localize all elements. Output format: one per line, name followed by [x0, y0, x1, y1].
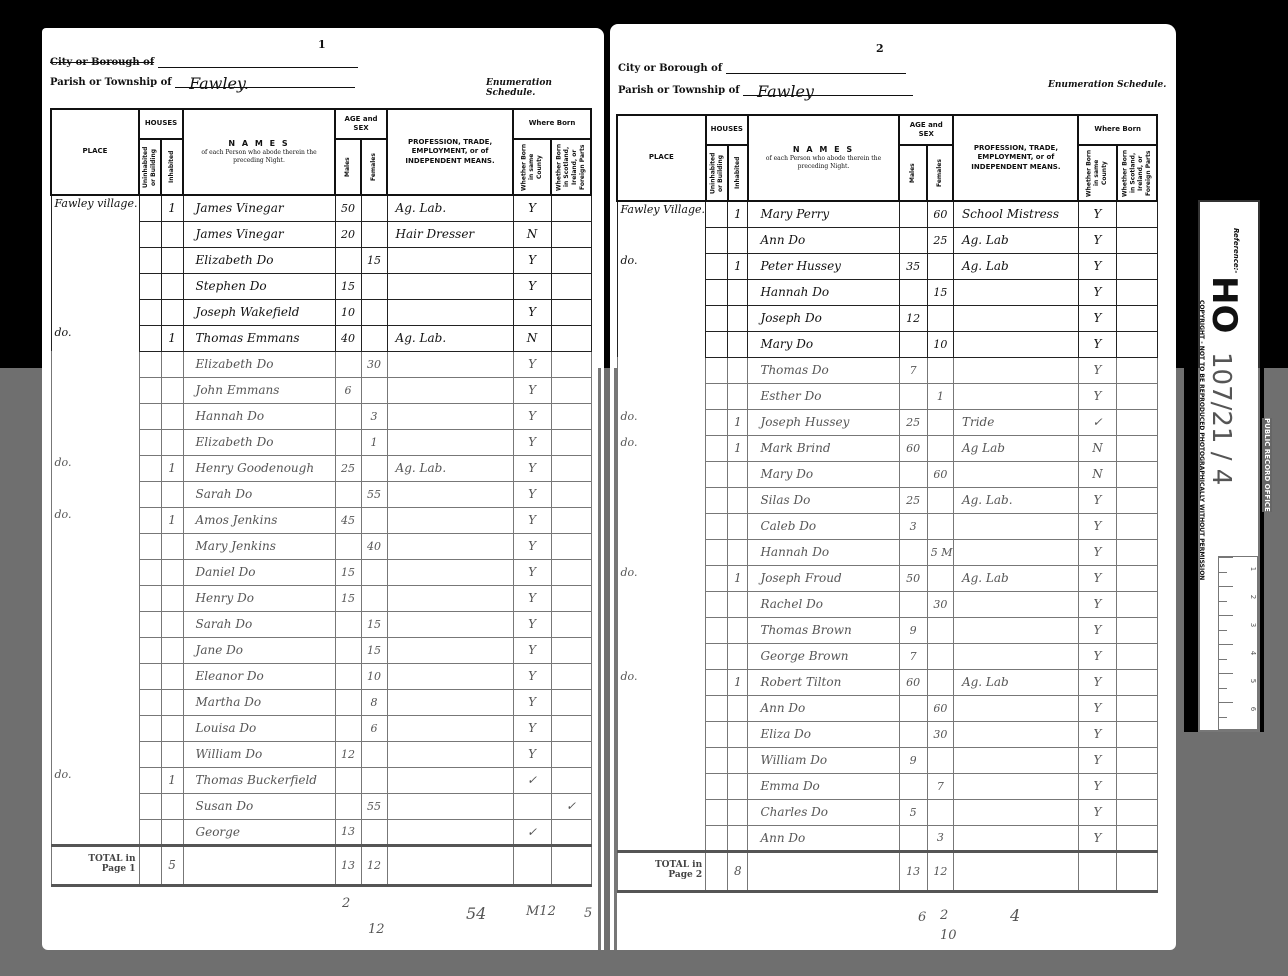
born-same-county-cell: Y: [1078, 253, 1116, 279]
parish-label: Parish or Township of: [618, 85, 740, 96]
male-age-cell: [899, 201, 927, 227]
census-row: do.1Joseph Froud50Ag. LabY: [617, 565, 1157, 591]
inhabited-cell: [161, 403, 183, 429]
born-same-county-cell: N: [513, 221, 551, 247]
place-cell: [617, 799, 706, 825]
col-male: Males: [899, 145, 927, 201]
parish-value: Fawley.: [175, 74, 355, 88]
place-cell: [51, 481, 139, 507]
census-row: George Brown7Y: [617, 643, 1157, 669]
col-uninhabited: Uninhabited or Building: [706, 145, 728, 201]
margin-note: 4: [1010, 906, 1020, 925]
born-elsewhere-cell: [551, 221, 591, 247]
profession-cell: [953, 305, 1078, 331]
female-age-cell: 40: [361, 533, 387, 559]
city-borough-value: [158, 54, 358, 68]
reference-code: HO: [1204, 276, 1244, 333]
name-cell: John Emmans: [183, 377, 335, 403]
place-cell: [51, 403, 139, 429]
col-born-same-county: Whether Born in same County: [1078, 145, 1116, 201]
uninhabited-cell: [706, 201, 728, 227]
col-profession: PROFESSION, TRADE, EMPLOYMENT, or of IND…: [953, 115, 1078, 201]
uninhabited-cell: [139, 455, 161, 481]
born-elsewhere-cell: [551, 767, 591, 793]
census-row: Caleb Do3Y: [617, 513, 1157, 539]
col-male: Males: [335, 139, 361, 195]
census-row: Susan Do55✓: [51, 793, 591, 819]
inhabited-cell: [728, 487, 748, 513]
born-same-county-cell: Y: [1078, 383, 1116, 409]
col-female: Females: [361, 139, 387, 195]
inhabited-cell: [161, 793, 183, 819]
male-age-cell: [899, 591, 927, 617]
ruler-tick: [1219, 659, 1227, 660]
born-elsewhere-cell: [551, 299, 591, 325]
parish-line: Parish or Township of Fawley: [618, 82, 913, 96]
inhabited-cell: 1: [728, 435, 748, 461]
name-cell: Sarah Do: [183, 611, 335, 637]
place-cell: [51, 221, 139, 247]
born-elsewhere-cell: [1117, 643, 1157, 669]
place-cell: [617, 591, 706, 617]
copyright-notice: COPYRIGHT - NOT TO BE REPRODUCED PHOTOGR…: [1198, 300, 1205, 580]
uninhabited-cell: [139, 351, 161, 377]
inhabited-cell: [161, 715, 183, 741]
inhabited-cell: [161, 299, 183, 325]
profession-cell: [953, 799, 1078, 825]
total-uninhabited: [139, 845, 161, 885]
name-cell: Henry Do: [183, 585, 335, 611]
uninhabited-cell: [706, 539, 728, 565]
born-elsewhere-cell: ✓: [551, 793, 591, 819]
place-cell: [617, 747, 706, 773]
place-cell: [51, 533, 139, 559]
name-cell: Sarah Do: [183, 481, 335, 507]
inhabited-cell: [161, 429, 183, 455]
census-row: Martha Do8Y: [51, 689, 591, 715]
born-elsewhere-cell: [551, 325, 591, 351]
place-cell: [51, 273, 139, 299]
total-names: [183, 845, 335, 885]
inhabited-cell: [161, 377, 183, 403]
female-age-cell: 30: [361, 351, 387, 377]
inhabited-cell: 1: [161, 325, 183, 351]
male-age-cell: 5: [899, 799, 927, 825]
profession-cell: [387, 507, 513, 533]
born-same-county-cell: Y: [513, 247, 551, 273]
inhabited-cell: [161, 351, 183, 377]
inhabited-cell: [161, 819, 183, 845]
place-cell: [51, 741, 139, 767]
inhabited-cell: 1: [161, 195, 183, 221]
place-cell: do.: [617, 669, 706, 695]
uninhabited-cell: [139, 819, 161, 845]
born-same-county-cell: Y: [1078, 669, 1116, 695]
born-elsewhere-cell: [1117, 305, 1157, 331]
census-row: Hannah Do5 Mo.Y: [617, 539, 1157, 565]
born-elsewhere-cell: [1117, 695, 1157, 721]
inhabited-cell: [728, 461, 748, 487]
inhabited-cell: [728, 227, 748, 253]
place-cell: do.: [617, 409, 706, 435]
female-age-cell: [361, 299, 387, 325]
col-uninhabited: Uninhabited or Building: [139, 139, 161, 195]
born-elsewhere-cell: [551, 195, 591, 221]
name-cell: Robert Tilton: [748, 669, 899, 695]
page-gutter-line: [598, 368, 601, 950]
born-same-county-cell: Y: [513, 403, 551, 429]
uninhabited-cell: [706, 487, 728, 513]
male-age-cell: [335, 611, 361, 637]
total-males: 13: [335, 845, 361, 885]
ruler-tick: [1219, 586, 1233, 587]
born-elsewhere-cell: [1117, 773, 1157, 799]
female-age-cell: [361, 767, 387, 793]
profession-cell: [953, 357, 1078, 383]
female-age-cell: [361, 195, 387, 221]
inhabited-cell: [728, 591, 748, 617]
page-gutter-line: [614, 368, 617, 950]
name-cell: William Do: [748, 747, 899, 773]
name-cell: Rachel Do: [748, 591, 899, 617]
place-cell: [51, 247, 139, 273]
male-age-cell: 45: [335, 507, 361, 533]
census-row: do.1Thomas Buckerfield✓: [51, 767, 591, 793]
born-same-county-cell: Y: [1078, 799, 1116, 825]
male-age-cell: [335, 767, 361, 793]
inhabited-cell: 1: [161, 767, 183, 793]
name-cell: Caleb Do: [748, 513, 899, 539]
page-number: 1: [318, 38, 326, 51]
profession-cell: [387, 715, 513, 741]
profession-cell: [387, 299, 513, 325]
born-same-county-cell: Y: [1078, 825, 1116, 851]
place-cell: [51, 689, 139, 715]
name-cell: Ann Do: [748, 227, 899, 253]
female-age-cell: 30: [927, 721, 953, 747]
census-row: Henry Do15Y: [51, 585, 591, 611]
born-elsewhere-cell: [1117, 227, 1157, 253]
name-cell: Mary Do: [748, 331, 899, 357]
female-age-cell: [927, 487, 953, 513]
uninhabited-cell: [706, 253, 728, 279]
inhabited-cell: [728, 617, 748, 643]
name-cell: Elizabeth Do: [183, 429, 335, 455]
female-age-cell: [927, 435, 953, 461]
born-same-county-cell: Y: [1078, 539, 1116, 565]
census-row: Thomas Brown9Y: [617, 617, 1157, 643]
name-cell: James Vinegar: [183, 221, 335, 247]
name-cell: Hannah Do: [748, 539, 899, 565]
margin-note: 10: [940, 928, 957, 943]
born-elsewhere-cell: [1117, 565, 1157, 591]
ruler-tick: [1219, 717, 1227, 718]
uninhabited-cell: [139, 611, 161, 637]
census-row: Elizabeth Do15Y: [51, 247, 591, 273]
uninhabited-cell: [139, 481, 161, 507]
male-age-cell: [335, 793, 361, 819]
city-borough-label: City or Borough of: [50, 57, 154, 68]
uninhabited-cell: [706, 331, 728, 357]
born-same-county-cell: Y: [1078, 227, 1116, 253]
census-row: Fawley village. North.1James Vinegar50Ag…: [51, 195, 591, 221]
female-age-cell: 10: [361, 663, 387, 689]
profession-cell: [953, 591, 1078, 617]
born-elsewhere-cell: [1117, 747, 1157, 773]
place-cell: do.: [617, 253, 706, 279]
census-row: do.1Robert Tilton60Ag. LabY: [617, 669, 1157, 695]
inhabited-cell: [728, 721, 748, 747]
male-age-cell: [899, 539, 927, 565]
male-age-cell: 10: [335, 299, 361, 325]
uninhabited-cell: [139, 195, 161, 221]
place-cell: [617, 461, 706, 487]
ruler-tick: [1219, 673, 1233, 674]
male-age-cell: 60: [899, 669, 927, 695]
uninhabited-cell: [706, 591, 728, 617]
name-cell: Esther Do: [748, 383, 899, 409]
city-borough-line: City or Borough of: [50, 54, 358, 68]
born-elsewhere-cell: [551, 377, 591, 403]
census-row: Mary Jenkins40Y: [51, 533, 591, 559]
born-elsewhere-cell: [1117, 721, 1157, 747]
uninhabited-cell: [139, 533, 161, 559]
profession-cell: [387, 377, 513, 403]
male-age-cell: [899, 695, 927, 721]
female-age-cell: [927, 565, 953, 591]
male-age-cell: 12: [335, 741, 361, 767]
total-houses: 5: [161, 845, 183, 885]
born-elsewhere-cell: [1117, 799, 1157, 825]
female-age-cell: [927, 617, 953, 643]
uninhabited-cell: [706, 721, 728, 747]
place-cell: [51, 611, 139, 637]
census-row: Ann Do60Y: [617, 695, 1157, 721]
profession-cell: Tride: [953, 409, 1078, 435]
census-table-page-2: PLACE HOUSES N A M E S of each Person wh…: [616, 114, 1158, 893]
female-age-cell: [361, 585, 387, 611]
uninhabited-cell: [139, 429, 161, 455]
uninhabited-cell: [139, 741, 161, 767]
col-houses: HOUSES: [139, 109, 183, 139]
census-row: do.1Henry Goodenough25Ag. Lab.Y: [51, 455, 591, 481]
profession-cell: [387, 403, 513, 429]
profession-cell: Ag. Lab: [953, 253, 1078, 279]
male-age-cell: [899, 227, 927, 253]
female-age-cell: [361, 741, 387, 767]
male-age-cell: 3: [899, 513, 927, 539]
profession-cell: [387, 481, 513, 507]
born-elsewhere-cell: [551, 741, 591, 767]
total-males: 13: [899, 851, 927, 891]
inhabited-cell: 1: [161, 455, 183, 481]
name-cell: Joseph Hussey: [748, 409, 899, 435]
inhabited-cell: 1: [728, 201, 748, 227]
born-elsewhere-cell: [551, 429, 591, 455]
census-row: Emma Do7Y: [617, 773, 1157, 799]
ruler-label: 1: [1249, 567, 1257, 571]
inhabited-cell: [728, 357, 748, 383]
born-same-county-cell: Y: [513, 351, 551, 377]
profession-cell: Ag. Lab.: [387, 195, 513, 221]
place-cell: do.: [617, 435, 706, 461]
name-cell: Mary Perry: [748, 201, 899, 227]
name-cell: Peter Hussey: [748, 253, 899, 279]
place-cell: [51, 585, 139, 611]
inhabited-cell: [728, 331, 748, 357]
born-elsewhere-cell: [551, 455, 591, 481]
uninhabited-cell: [139, 247, 161, 273]
born-same-county-cell: [513, 793, 551, 819]
profession-cell: Hair Dresser: [387, 221, 513, 247]
place-cell: [51, 351, 139, 377]
female-age-cell: 6: [361, 715, 387, 741]
profession-cell: Ag. Lab: [953, 565, 1078, 591]
male-age-cell: 15: [335, 585, 361, 611]
total-born: [1078, 851, 1116, 891]
place-cell: [617, 825, 706, 851]
born-elsewhere-cell: [1117, 279, 1157, 305]
born-elsewhere-cell: [551, 481, 591, 507]
uninhabited-cell: [139, 637, 161, 663]
census-row: Mary Do60N: [617, 461, 1157, 487]
name-cell: Thomas Brown: [748, 617, 899, 643]
name-cell: Henry Goodenough: [183, 455, 335, 481]
total-born-other: [1117, 851, 1157, 891]
born-same-county-cell: Y: [513, 299, 551, 325]
profession-cell: Ag. Lab.: [387, 455, 513, 481]
female-age-cell: [361, 507, 387, 533]
place-cell: [51, 299, 139, 325]
name-cell: Joseph Do: [748, 305, 899, 331]
ruler-tick: [1219, 702, 1233, 703]
page-number: 2: [876, 42, 884, 55]
margin-note: 54: [466, 904, 486, 923]
male-age-cell: 7: [899, 357, 927, 383]
ruler-label: 4: [1249, 651, 1257, 655]
male-age-cell: 35: [899, 253, 927, 279]
census-row: do.1Mark Brind60Ag LabN: [617, 435, 1157, 461]
male-age-cell: 13: [335, 819, 361, 845]
census-row: Louisa Do6Y: [51, 715, 591, 741]
female-age-cell: [361, 819, 387, 845]
col-names: N A M E S of each Person who abode there…: [183, 109, 335, 195]
female-age-cell: 60: [927, 461, 953, 487]
profession-cell: School Mistress: [953, 201, 1078, 227]
uninhabited-cell: [706, 565, 728, 591]
total-names: [748, 851, 899, 891]
born-elsewhere-cell: [1117, 617, 1157, 643]
male-age-cell: [335, 663, 361, 689]
place-cell: [617, 279, 706, 305]
female-age-cell: [361, 221, 387, 247]
ruler-tick: [1219, 572, 1227, 573]
male-age-cell: [899, 773, 927, 799]
female-age-cell: 1: [927, 383, 953, 409]
born-same-county-cell: ✓: [513, 767, 551, 793]
total-row: TOTAL inPage 281312: [617, 851, 1157, 891]
female-age-cell: [927, 799, 953, 825]
female-age-cell: [927, 409, 953, 435]
born-elsewhere-cell: [1117, 435, 1157, 461]
col-female: Females: [927, 145, 953, 201]
profession-cell: [953, 513, 1078, 539]
total-born: [513, 845, 551, 885]
born-elsewhere-cell: [1117, 331, 1157, 357]
profession-cell: [387, 533, 513, 559]
name-cell: Susan Do: [183, 793, 335, 819]
city-borough-label: City or Borough of: [618, 63, 722, 74]
uninhabited-cell: [139, 689, 161, 715]
uninhabited-cell: [706, 461, 728, 487]
census-row: Silas Do25Ag. Lab.Y: [617, 487, 1157, 513]
census-row: Sarah Do15Y: [51, 611, 591, 637]
place-cell: [617, 331, 706, 357]
ruler-tick: [1219, 601, 1227, 602]
name-cell: Thomas Emmans: [183, 325, 335, 351]
measurement-ruler: 123456: [1218, 556, 1258, 730]
census-row: Fawley Village. North.1Mary Perry60Schoo…: [617, 201, 1157, 227]
city-borough-value: [726, 60, 906, 74]
uninhabited-cell: [706, 747, 728, 773]
born-same-county-cell: Y: [513, 273, 551, 299]
uninhabited-cell: [706, 305, 728, 331]
total-label: TOTAL inPage 2: [617, 851, 706, 891]
inhabited-cell: [161, 221, 183, 247]
parish-label: Parish or Township of: [50, 77, 172, 88]
inhabited-cell: [728, 799, 748, 825]
place-cell: [617, 383, 706, 409]
uninhabited-cell: [706, 383, 728, 409]
born-same-county-cell: Y: [1078, 565, 1116, 591]
census-row: Elizabeth Do1Y: [51, 429, 591, 455]
total-females: 12: [361, 845, 387, 885]
place-cell: [617, 227, 706, 253]
born-elsewhere-cell: [551, 351, 591, 377]
col-place: PLACE: [617, 115, 706, 201]
born-same-county-cell: Y: [513, 637, 551, 663]
profession-cell: [387, 429, 513, 455]
ruler-tick: [1219, 688, 1227, 689]
place-cell: [617, 305, 706, 331]
born-elsewhere-cell: [551, 611, 591, 637]
ruler-label: 6: [1249, 707, 1257, 711]
inhabited-cell: [161, 689, 183, 715]
born-same-county-cell: Y: [513, 195, 551, 221]
born-elsewhere-cell: [551, 663, 591, 689]
inhabited-cell: [728, 383, 748, 409]
col-place: PLACE: [51, 109, 139, 195]
profession-cell: [387, 637, 513, 663]
inhabited-cell: 1: [728, 253, 748, 279]
total-label: TOTAL inPage 1: [51, 845, 139, 885]
male-age-cell: [899, 721, 927, 747]
place-cell: do.: [617, 565, 706, 591]
born-same-county-cell: Y: [1078, 513, 1116, 539]
uninhabited-cell: [706, 799, 728, 825]
name-cell: Amos Jenkins: [183, 507, 335, 533]
total-born-other: [551, 845, 591, 885]
male-age-cell: [899, 279, 927, 305]
born-elsewhere-cell: [551, 819, 591, 845]
inhabited-cell: [161, 663, 183, 689]
female-age-cell: 8: [361, 689, 387, 715]
profession-cell: Ag. Lab: [953, 227, 1078, 253]
census-row: Daniel Do15Y: [51, 559, 591, 585]
born-elsewhere-cell: [551, 507, 591, 533]
born-elsewhere-cell: [551, 689, 591, 715]
name-cell: Silas Do: [748, 487, 899, 513]
